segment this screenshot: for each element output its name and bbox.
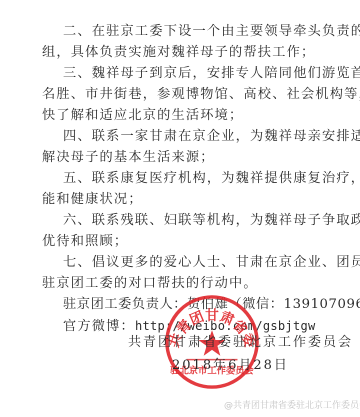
weibo-label: 官方微博：	[63, 319, 135, 334]
paragraph-line: 快了解和适应北京的生活环境；	[42, 108, 324, 124]
paragraph-line: 组，具体负责实施对魏祥母子的帮扶工作；	[42, 45, 324, 61]
paragraph-line: 六、联系残联、妇联等机构，为魏祥母子争取政策性补助、	[63, 213, 345, 229]
paragraph-line: 三、魏祥母子到京后，安排专人陪同他们游览首都北京风景	[63, 66, 345, 82]
paragraph-line: 优待和照顾；	[42, 234, 324, 250]
signature-organization: 共青团甘肃省委驻北京工作委员会	[128, 331, 353, 350]
paragraph-line: 驻京团工委的对口帮扶的行动中。	[42, 276, 324, 292]
paragraph-line: 四、联系一家甘肃在京企业，为魏祥母亲安排适合的工作，	[63, 129, 345, 145]
paragraph-line: 七、倡议更多的爱心人士、甘肃在京企业、团员青年加入到	[63, 255, 345, 271]
weibo-watermark: @共青团甘肃省委驻北京工作委员会	[224, 398, 360, 411]
paragraph-line: 解决母子的基本生活来源；	[42, 150, 324, 166]
paragraph-line: 名胜、市井街巷，参观博物馆、高校、社会机构等，帮助他们尽	[42, 87, 324, 103]
paragraph-line: 能和健康状况；	[42, 192, 324, 208]
signature-date: 2018年6月28日	[172, 354, 289, 373]
paragraph-line: 二、在驻京工委下设一个由主要领导牵头负责的对口帮扶小	[63, 24, 345, 40]
paragraph-line: 五、联系康复医疗机构，为魏祥提供康复治疗，改善身体机	[63, 171, 345, 187]
document-page: 二、在驻京工委下设一个由主要领导牵头负责的对口帮扶小 组，具体负责实施对魏祥母子…	[0, 0, 360, 417]
